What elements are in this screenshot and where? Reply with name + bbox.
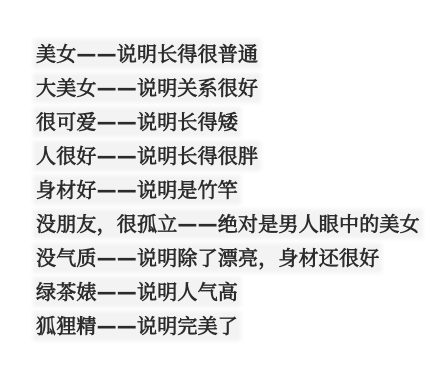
text-line-6-label: 没朋友，很孤立——绝对是男人眼中的美女 — [36, 212, 420, 236]
text-line-1: 美女——说明长得很普通 — [36, 37, 436, 71]
text-line-4-label: 人很好——说明长得很胖 — [36, 144, 258, 168]
meme-text-block: 美女——说明长得很普通 大美女——说明关系很好 很可爱——说明长得矮 人很好——… — [0, 0, 440, 343]
text-line-7-label: 没气质——说明除了漂亮，身材还很好 — [36, 246, 379, 270]
text-line-5: 身材好——说明是竹竿 — [36, 173, 436, 207]
text-line-7: 没气质——说明除了漂亮，身材还很好 — [36, 241, 436, 275]
text-line-9: 狐狸精——说明完美了 — [36, 309, 436, 343]
text-line-2-label: 大美女——说明关系很好 — [36, 76, 258, 100]
text-line-2: 大美女——说明关系很好 — [36, 71, 436, 105]
text-line-9-label: 狐狸精——说明完美了 — [36, 314, 238, 338]
text-line-4: 人很好——说明长得很胖 — [36, 139, 436, 173]
text-line-1-label: 美女——说明长得很普通 — [36, 42, 258, 66]
text-line-8: 绿茶婊——说明人气高 — [36, 275, 436, 309]
text-line-5-label: 身材好——说明是竹竿 — [36, 178, 238, 202]
text-line-8-label: 绿茶婊——说明人气高 — [36, 280, 238, 304]
text-line-3: 很可爱——说明长得矮 — [36, 105, 436, 139]
text-line-3-label: 很可爱——说明长得矮 — [36, 110, 238, 134]
text-line-6: 没朋友，很孤立——绝对是男人眼中的美女 — [36, 207, 436, 241]
